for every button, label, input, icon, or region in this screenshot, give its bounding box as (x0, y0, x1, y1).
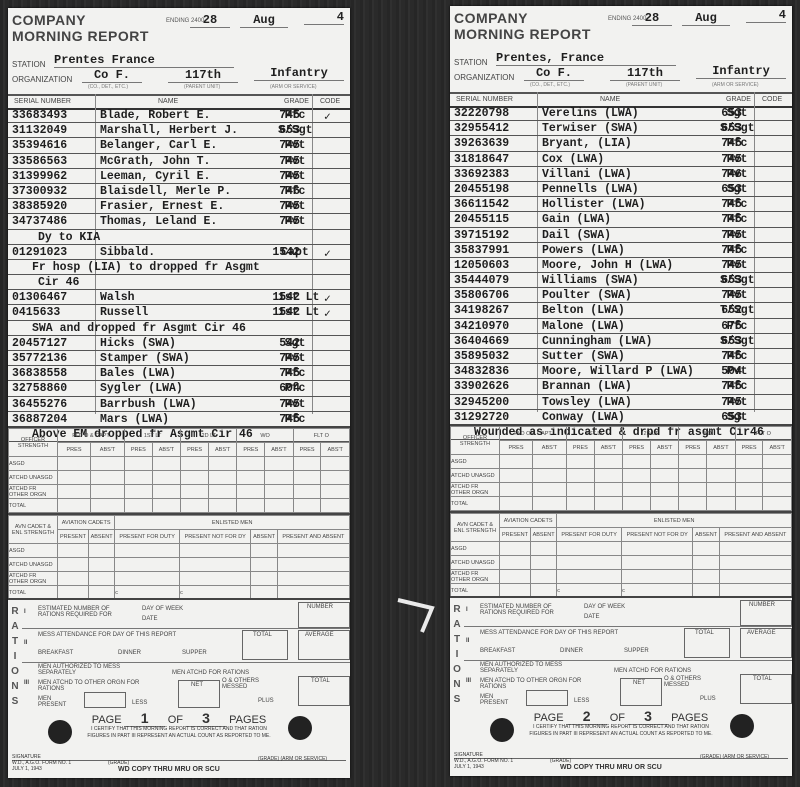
cell (622, 556, 693, 570)
table-row: 32955412Terwiser (SWA)653S/Sgt (450, 121, 792, 136)
total-box: TOTAL (242, 630, 288, 660)
soldier-name: Williams (SWA) (542, 274, 639, 287)
punch-hole (490, 718, 514, 742)
section-i-number: I (24, 609, 26, 615)
grade-value: Sgt (720, 411, 754, 424)
grade-value: Sgt (278, 337, 312, 350)
rations-letter: O (10, 664, 20, 679)
cell (719, 542, 791, 556)
soldier-name: Blade, Robert E. (100, 109, 210, 122)
org-parent-unit: 117th (168, 68, 238, 83)
soldier-name: Terwiser (SWA) (542, 122, 639, 135)
soldier-name: Leeman, Cyril E. (100, 170, 210, 183)
table-row: 36887204Mars (LWA)745Pfc (8, 412, 350, 427)
estimated-rations-label: ESTIMATED NUMBER OF RATIONS REQUIRED FOR (480, 604, 570, 616)
day-of-week-label: DAY OF WEEK (142, 606, 183, 612)
cell (533, 469, 567, 483)
men-present-label: MEN PRESENT (38, 696, 68, 708)
table-row: 35895032Sutter (SWA)745Pfc (450, 349, 792, 364)
org-company: Co F. (524, 66, 584, 81)
total-box: TOTAL (684, 628, 730, 658)
table-row: 33902626Brannan (LWA)745Pfc (450, 379, 792, 394)
cell (533, 483, 567, 497)
mess-attendance-label: MESS ATTENDANCE FOR DAY OF THIS REPORT (480, 630, 618, 636)
table-row: 01291023Sibbald.1542Capt✓ (8, 245, 350, 260)
grade-value: S/Sgt (720, 274, 754, 287)
organization-label: ORGANIZATION (12, 75, 72, 84)
col-header: PRESENT FOR DUTY (557, 528, 622, 542)
subcol-header: PRES (623, 441, 651, 455)
serial-number: 0415633 (12, 306, 60, 319)
soldier-name: Belanger, Carl E. (100, 139, 217, 152)
cell (679, 455, 707, 469)
subcol-header: PRES (58, 443, 91, 457)
subcol-header: PRES (237, 443, 265, 457)
form-title: COMPANY MORNING REPORT (12, 12, 149, 44)
cell (500, 483, 533, 497)
cell (277, 572, 349, 586)
table-row: 31818647Cox (LWA)745Pvt (450, 152, 792, 167)
number-box: NUMBER (740, 600, 792, 626)
cell (265, 457, 294, 471)
serial-number: 01306467 (12, 291, 67, 304)
subcol-header: PRES (124, 443, 152, 457)
plus-label: PLUS (258, 698, 274, 704)
remark-text: Cir 46 (38, 276, 79, 289)
men-present-box (84, 692, 126, 708)
men-authorized-label: MEN AUTHORIZED TO MESS SEPARATELY (38, 664, 158, 676)
table-row: 0415633Russell15421st Lt✓ (8, 305, 350, 320)
soldier-name: Powers (LWA) (542, 244, 625, 257)
form-number: W.D., A.G.O. FORM NO. 1JULY 1, 1943 (454, 758, 534, 770)
subcol-header: PRES (679, 441, 707, 455)
table-row: 39715192Dail (SWA)745Pvt (450, 228, 792, 243)
serial-number: 33902626 (454, 380, 509, 393)
serial-number: 35806706 (454, 289, 509, 302)
less-label: LESS (132, 700, 147, 706)
serial-number: 31818647 (454, 153, 509, 166)
subcol-header: PRES (500, 441, 533, 455)
cell (594, 497, 623, 511)
grade-value: Pvt (278, 139, 312, 152)
cell (679, 483, 707, 497)
cell (265, 499, 294, 513)
cell (533, 455, 567, 469)
station-label: STATION (454, 58, 487, 67)
officer-group-header: FLD O & CAPT (500, 427, 567, 441)
grade-value: Pfc (278, 185, 312, 198)
serial-number: 35772136 (12, 352, 67, 365)
table-row: 34737486Thomas, Leland E.745Pvt (8, 214, 350, 229)
soldier-name: Bales (LWA) (100, 367, 176, 380)
cell (719, 556, 791, 570)
serial-number: 34737486 (12, 215, 67, 228)
soldier-name: Cunningham (LWA) (542, 335, 652, 348)
code-value: ✓ (324, 306, 331, 321)
officer-group-header: 1ST LT (124, 429, 180, 443)
grade-value: Pfc (720, 350, 754, 363)
net-box: NET (178, 680, 220, 708)
col-header: PRESENT NOT FOR DY (622, 528, 693, 542)
grade-value: S/Sgt (278, 124, 312, 137)
remark-text: Dy to KIA (38, 231, 100, 244)
table-row: 35772136Stamper (SWA)745Pvt (8, 351, 350, 366)
col-header: PRESENT AND ABSENT (719, 528, 791, 542)
cell (566, 497, 594, 511)
grade-value: S/Sgt (720, 335, 754, 348)
entries-list: 32220798Verelins (LWA)653Sgt32955412Terw… (450, 106, 792, 440)
cell (293, 485, 321, 499)
serial-number: 35895032 (454, 350, 509, 363)
grade-value: Pvt (720, 259, 754, 272)
cell (208, 457, 237, 471)
cell (265, 485, 294, 499)
cell (679, 497, 707, 511)
soldier-name: Walsh (100, 291, 135, 304)
col-header: ABSENT (88, 530, 114, 544)
soldier-name: Hicks (SWA) (100, 337, 176, 350)
cell (566, 455, 594, 469)
soldier-name: Villani (LWA) (542, 168, 632, 181)
cell (763, 483, 792, 497)
cell (91, 471, 125, 485)
grade-value: Pfc (720, 380, 754, 393)
serial-number: 32758860 (12, 382, 67, 395)
grade-value: Pvt (278, 200, 312, 213)
cell (124, 485, 152, 499)
form-title: COMPANY MORNING REPORT (454, 10, 591, 42)
subcol-header: PRES (181, 443, 209, 457)
mess-attendance-label: MESS ATTENDANCE FOR DAY OF THIS REPORT (38, 632, 176, 638)
table-row: 01306467Walsh15421st Lt✓ (8, 290, 350, 305)
row-label: TOTAL (451, 497, 500, 511)
entries-list: 33683493Blade, Robert E.745Pfc✓31132049M… (8, 108, 350, 442)
cell (500, 455, 533, 469)
table-row: 36611542Hollister (LWA)745Pfc (450, 197, 792, 212)
cell (623, 497, 651, 511)
grade-value: Sgt (720, 107, 754, 120)
cell (91, 499, 125, 513)
rations-side-label: RATIONS (10, 604, 20, 709)
grade-value: Pvt (278, 398, 312, 411)
subcol-header: ABS'T (152, 443, 181, 457)
cell (152, 499, 181, 513)
cell (763, 469, 792, 483)
cell (566, 469, 594, 483)
grade-value: Pvt (278, 155, 312, 168)
cell (530, 556, 556, 570)
cell (500, 556, 531, 570)
enlisted-strength-table: AVN CADET & ENL STRENGTHAVIATION CADETSE… (8, 513, 350, 600)
table-row: 36838558Bales (LWA)745Pfc (8, 366, 350, 381)
cell (277, 544, 349, 558)
table-row: 31399962Leeman, Cyril E.745Pvt (8, 169, 350, 184)
cell (735, 469, 763, 483)
subcol-header: ABS'T (91, 443, 125, 457)
cell (91, 485, 125, 499)
serial-number: 33683493 (12, 109, 67, 122)
cell (707, 455, 736, 469)
row-label: ATCHD FR OTHER ORGN (451, 570, 500, 584)
col-header: ABSENT (251, 530, 277, 544)
rations-letter: N (10, 679, 20, 694)
org-sub-label: (ARM OR SERVICE) (270, 84, 317, 90)
officer-group-header: FLD O & CAPT (58, 429, 125, 443)
cell (277, 558, 349, 572)
subcol-header: ABS'T (265, 443, 294, 457)
soldier-name: Malone (LWA) (542, 320, 625, 333)
table-row: 20457127Hicks (SWA)542Sgt (8, 336, 350, 351)
col-header: PRESENT AND ABSENT (277, 530, 349, 544)
serial-number: 31132049 (12, 124, 67, 137)
soldier-name: Frasier, Ernest E. (100, 200, 224, 213)
cell (58, 544, 89, 558)
cell (622, 542, 693, 556)
rations-letter: T (452, 632, 462, 647)
remark-text: Fr hosp (LIA) to dropped fr Asgmt (32, 261, 260, 274)
serial-number: 31292720 (454, 411, 509, 424)
col-header: PRESENT FOR DUTY (115, 530, 180, 544)
subcol-header: ABS'T (763, 441, 792, 455)
rations-letter: S (10, 694, 20, 709)
cell (707, 469, 736, 483)
col-header: PRESENT NOT FOR DY (180, 530, 251, 544)
subcol-header: PRES (735, 441, 763, 455)
cell (719, 570, 791, 584)
rations-letter: R (452, 602, 462, 617)
cell (500, 570, 531, 584)
punch-hole (288, 716, 312, 740)
supper-label: SUPPER (182, 650, 207, 656)
cell (181, 499, 209, 513)
row-label: TOTAL (9, 499, 58, 513)
serial-number: 35394616 (12, 139, 67, 152)
cell (679, 469, 707, 483)
copy-routing: WD COPY THRU MRU OR SCU (560, 764, 792, 771)
officer-group-header: WO (679, 427, 735, 441)
copy-routing: WD COPY THRU MRU OR SCU (118, 766, 350, 773)
table-row: 35837991Powers (LWA)745Pfc (450, 243, 792, 258)
table-row: 38385920Frasier, Ernest E.745Pvt (8, 199, 350, 214)
form-number: W.D., A.G.O. FORM NO. 1JULY 1, 1943 (12, 760, 92, 772)
table-row: 32945200Towsley (LWA)745Pvt (450, 395, 792, 410)
breakfast-label: BREAKFAST (38, 650, 73, 656)
table-row: 31292720Conway (LWA)653Sgt (450, 410, 792, 425)
page-total: 3 (628, 708, 668, 725)
cell (293, 471, 321, 485)
aviation-cadets-header: AVIATION CADETS (500, 514, 557, 528)
cell (115, 544, 180, 558)
men-present-box (526, 690, 568, 706)
arm-label: (GRADE) (ARM OR SERVICE) (258, 756, 350, 762)
men-atchd-other-label: MEN ATCHD TO OTHER ORGN FOR RATIONS (480, 678, 600, 690)
soldier-name: Moore, Willard P (LWA) (542, 365, 694, 378)
grade-value: Pfc (720, 137, 754, 150)
page-number: 2 (567, 708, 607, 725)
row-label: ATCHD FR OTHER ORGN (9, 485, 58, 499)
col-header: PRESENT (58, 530, 89, 544)
soldier-name: Poulter (SWA) (542, 289, 632, 302)
grade-value: Pvt (720, 168, 754, 181)
frame-number-7-mark (396, 594, 436, 634)
cell (693, 570, 719, 584)
grade-value: Pfc (278, 413, 312, 426)
serial-number: 36404669 (454, 335, 509, 348)
rations-letter: I (10, 649, 20, 664)
code-header: CODE (762, 96, 782, 103)
row-label: ASGD (9, 457, 58, 471)
code-value: ✓ (324, 246, 331, 261)
table-row: 35444079Williams (SWA)653S/Sgt (450, 273, 792, 288)
col-header: ABSENT (693, 528, 719, 542)
officer-group-header: FLT O (735, 427, 791, 441)
cell (208, 499, 237, 513)
men-atchd-for-rations-label: MEN ATCHD FOR RATIONS (614, 668, 691, 674)
table-row: 34832836Moore, Willard P (LWA)504Pvt (450, 364, 792, 379)
rations-letter: N (452, 677, 462, 692)
grade-value: Pvt (720, 153, 754, 166)
cell (763, 455, 792, 469)
cell (293, 457, 321, 471)
cell (265, 471, 294, 485)
table-row: 39263639Bryant, (LIA)745Pfc (450, 136, 792, 151)
serial-header: SERIAL NUMBER (456, 96, 513, 103)
grade-value: 1st Lt (278, 291, 312, 304)
org-sub-label: (ARM OR SERVICE) (712, 82, 759, 88)
officer-group-header: FLT O (293, 429, 349, 443)
table-row: 32758860Sygler (LWA)604Pfc (8, 381, 350, 396)
code-value: ✓ (324, 291, 331, 306)
cell (763, 497, 792, 511)
cell (181, 485, 209, 499)
officer-strength-table: OFFICER STRENGTHFLD O & CAPT1ST LT2D LTW… (450, 424, 792, 511)
org-arm: Infantry (254, 66, 344, 81)
table-row: 32220798Verelins (LWA)653Sgt (450, 106, 792, 121)
row-label: ATCHD UNASGD (9, 558, 58, 572)
soldier-name: Barrbush (LWA) (100, 398, 197, 411)
serial-number: 39715192 (454, 229, 509, 242)
cell (237, 457, 265, 471)
section-ii-number: II (24, 640, 27, 646)
cell (152, 457, 181, 471)
table-row: 33692383Villani (LWA)746Pvt (450, 167, 792, 182)
org-sub-label: (CO., DET., ETC.) (530, 82, 570, 88)
arm-label: (GRADE) (ARM OR SERVICE) (700, 754, 792, 760)
soldier-name: Pennells (LWA) (542, 183, 639, 196)
cell (115, 572, 180, 586)
soldier-name: Cox (LWA) (542, 153, 604, 166)
section-ii-number: II (466, 638, 469, 644)
serial-number: 20455115 (454, 213, 509, 226)
cell (622, 570, 693, 584)
cell (530, 542, 556, 556)
grade-value: Pfc (278, 382, 312, 395)
org-arm: Infantry (696, 64, 786, 79)
cell (623, 469, 651, 483)
serial-number: 36611542 (454, 198, 509, 211)
row-label: ATCHD UNASGD (451, 556, 500, 570)
soldier-name: Mars (LWA) (100, 413, 169, 426)
soldier-name: Gain (LWA) (542, 213, 611, 226)
cell (321, 471, 350, 485)
plus-label: PLUS (700, 696, 716, 702)
grade-value: Pvt (720, 289, 754, 302)
cell (500, 469, 533, 483)
cell (180, 544, 251, 558)
cell (88, 544, 114, 558)
section-iii-number: III (466, 678, 471, 684)
cell (58, 499, 91, 513)
table-row: 35806706Poulter (SWA)745Pvt (450, 288, 792, 303)
row-label: ATCHD UNASGD (451, 469, 500, 483)
enlisted-men-header: ENLISTED MEN (115, 516, 350, 530)
cell (124, 457, 152, 471)
cell (237, 471, 265, 485)
cell (557, 556, 622, 570)
others-messed-label: O & OTHERS MESSED (222, 678, 282, 690)
rations-section: RATIONS I ESTIMATED NUMBER OF RATIONS RE… (8, 598, 350, 710)
others-messed-label: O & OTHERS MESSED (664, 676, 724, 688)
serial-number: 36838558 (12, 367, 67, 380)
serial-number: 31399962 (12, 170, 67, 183)
cell (500, 542, 531, 556)
note-row: Fr hosp (LIA) to dropped fr Asgmt (8, 260, 350, 275)
section-i-number: I (466, 607, 468, 613)
rations-letter: T (10, 634, 20, 649)
cell (115, 558, 180, 572)
rations-letter: S (452, 692, 462, 707)
soldier-name: Russell (100, 306, 148, 319)
cell (237, 499, 265, 513)
soldier-name: Belton (LWA) (542, 304, 625, 317)
table-corner-label: AVN CADET & ENL STRENGTH (9, 516, 58, 544)
cell (735, 455, 763, 469)
officer-group-header: 2D LT (623, 427, 679, 441)
date-label: DATE (142, 616, 158, 622)
note-row: Dy to KIA (8, 230, 350, 245)
grade-value: Pvt (278, 215, 312, 228)
station-value: Prentes, France (496, 51, 676, 66)
cell (707, 497, 736, 511)
serial-number: 33586563 (12, 155, 67, 168)
grade-header: GRADE (726, 96, 751, 103)
grade-value: Pvt (720, 396, 754, 409)
cell (693, 556, 719, 570)
serial-number: 12050603 (454, 259, 509, 272)
org-sub-label: (CO., DET., ETC.) (88, 84, 128, 90)
grade-value: Pfc (720, 213, 754, 226)
soldier-name: Hollister (LWA) (542, 198, 646, 211)
cell (152, 471, 181, 485)
cell (557, 570, 622, 584)
soldier-name: Bryant, (LIA) (542, 137, 632, 150)
men-present-label: MEN PRESENT (480, 694, 510, 706)
cell (251, 558, 277, 572)
soldier-name: Moore, John H (LWA) (542, 259, 673, 272)
cell (321, 457, 350, 471)
cell (594, 455, 623, 469)
col-header: ABSENT (530, 528, 556, 542)
table-row: 34198267Belton (LWA)652T/Sgt (450, 303, 792, 318)
officer-group-header: 2D LT (181, 429, 237, 443)
rations-letter: R (10, 604, 20, 619)
table-row: 20455115Gain (LWA)745Pfc (450, 212, 792, 227)
subcol-header: ABS'T (594, 441, 623, 455)
report-month: Aug (682, 11, 730, 26)
organization-label: ORGANIZATION (454, 73, 514, 82)
station-label: STATION (12, 60, 45, 69)
serial-number: 39263639 (454, 137, 509, 150)
